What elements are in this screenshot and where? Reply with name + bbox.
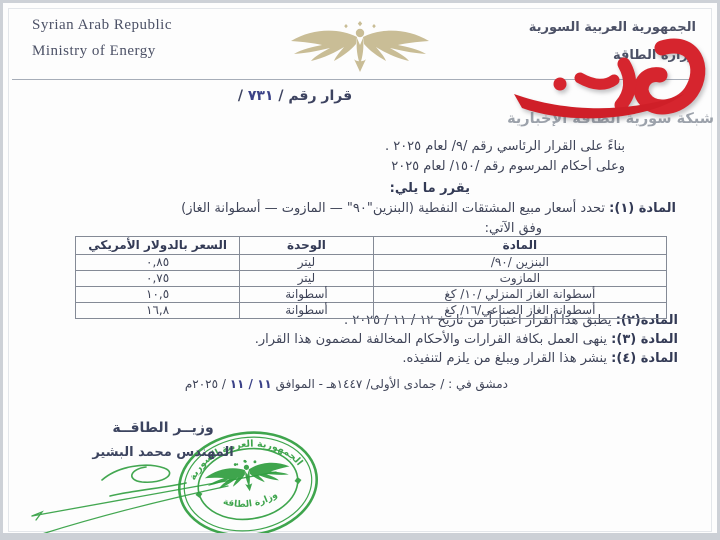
- article-1-line: المادة (١): تحدد أسعار مبيع المشتقات الن…: [181, 201, 676, 216]
- date-prefix: دمشق في : / جمادى الأولى/ ١٤٤٧هـ - الموا…: [272, 377, 508, 391]
- preamble-presidential-decision: بناءً على القرار الرئاسي رقم /٩/ لعام ٢٠…: [385, 139, 625, 154]
- fuel-price-table: المادة الوحدة السعر بالدولار الأمريكي ال…: [75, 236, 667, 319]
- price-cell: ١٠,٥: [76, 287, 240, 303]
- golden-eagle-emblem-icon: [283, 16, 437, 74]
- table-row-benzine: البنزين /٩٠/ ليتر ٠,٨٥: [76, 255, 667, 271]
- english-country-name: Syrian Arab Republic: [32, 12, 172, 38]
- english-ministry-name: Ministry of Energy: [32, 38, 172, 64]
- decision-number-handwritten: ٧٣١: [248, 88, 274, 104]
- table-row-industrial-gas: أسطوانة الغاز الصناعي/١٦/ كغ أسطوانة ١٦,…: [76, 303, 667, 319]
- price-cell: ٠,٧٥: [76, 271, 240, 287]
- table-row-mazout: المازوت ليتر ٠,٧٥: [76, 271, 667, 287]
- article-1-text: تحدد أسعار مبيع المشتقات النفطية (البنزي…: [181, 201, 609, 216]
- preamble-decree-provisions: وعلى أحكام المرسوم رقم /١٥٠/ لعام ٢٠٢٥: [391, 159, 625, 174]
- article-3-line: المادة (٣): ينهى العمل بكافة القرارات وا…: [255, 332, 678, 347]
- article-3-text: ينهى العمل بكافة القرارات والأحكام المخا…: [255, 332, 611, 347]
- handwritten-day-month: ١١ / ١١: [230, 377, 272, 391]
- damascus-date-line: دمشق في : / جمادى الأولى/ ١٤٤٧هـ - الموا…: [185, 377, 508, 391]
- price-cell: ١٦,٨: [76, 303, 240, 319]
- article-4-label: المادة (٤):: [611, 351, 678, 366]
- english-letterhead: Syrian Arab Republic Ministry of Energy: [32, 12, 172, 64]
- article-4-line: المادة (٤): ينشر هذا القرار ويبلغ من يلز…: [402, 351, 678, 366]
- unit-cell: ليتر: [240, 255, 374, 271]
- table-header-row: المادة الوحدة السعر بالدولار الأمريكي: [76, 237, 667, 255]
- scanned-decree-document: Syrian Arab Republic Ministry of Energy …: [0, 0, 720, 540]
- date-year-suffix: / ٢٠٢٥م: [185, 377, 230, 391]
- scan-bottom-edge: [0, 533, 720, 540]
- minister-title: وزيــر الطاقــة: [48, 420, 278, 436]
- column-header-material: المادة: [373, 237, 666, 255]
- unit-cell: أسطوانة: [240, 287, 374, 303]
- unit-cell: أسطوانة: [240, 303, 374, 319]
- article-4-text: ينشر هذا القرار ويبلغ من يلزم لتنفيذه.: [402, 351, 611, 366]
- column-header-price-usd: السعر بالدولار الأمريكي: [76, 237, 240, 255]
- decision-title-suffix: /: [238, 88, 248, 104]
- article-3-label: المادة (٣):: [611, 332, 678, 347]
- unit-cell: ليتر: [240, 271, 374, 287]
- article-1-suffix: وفق الآتي:: [485, 221, 542, 236]
- article-1-label: المادة (١):: [609, 201, 676, 216]
- decision-title-prefix: قرار رقم /: [273, 88, 352, 104]
- column-header-unit: الوحدة: [240, 237, 374, 255]
- material-cell: البنزين /٩٠/: [373, 255, 666, 271]
- material-cell: أسطوانة الغاز الصناعي/١٦/ كغ: [373, 303, 666, 319]
- material-cell: أسطوانة الغاز المنزلي /١٠/ كغ: [373, 287, 666, 303]
- alhadath-news-logo-icon: [502, 34, 714, 128]
- decides-following-heading: يقرر ما يلي:: [390, 181, 470, 196]
- price-cell: ٠,٨٥: [76, 255, 240, 271]
- table-row-domestic-gas: أسطوانة الغاز المنزلي /١٠/ كغ أسطوانة ١٠…: [76, 287, 667, 303]
- handwritten-signature-icon: [14, 438, 324, 536]
- material-cell: المازوت: [373, 271, 666, 287]
